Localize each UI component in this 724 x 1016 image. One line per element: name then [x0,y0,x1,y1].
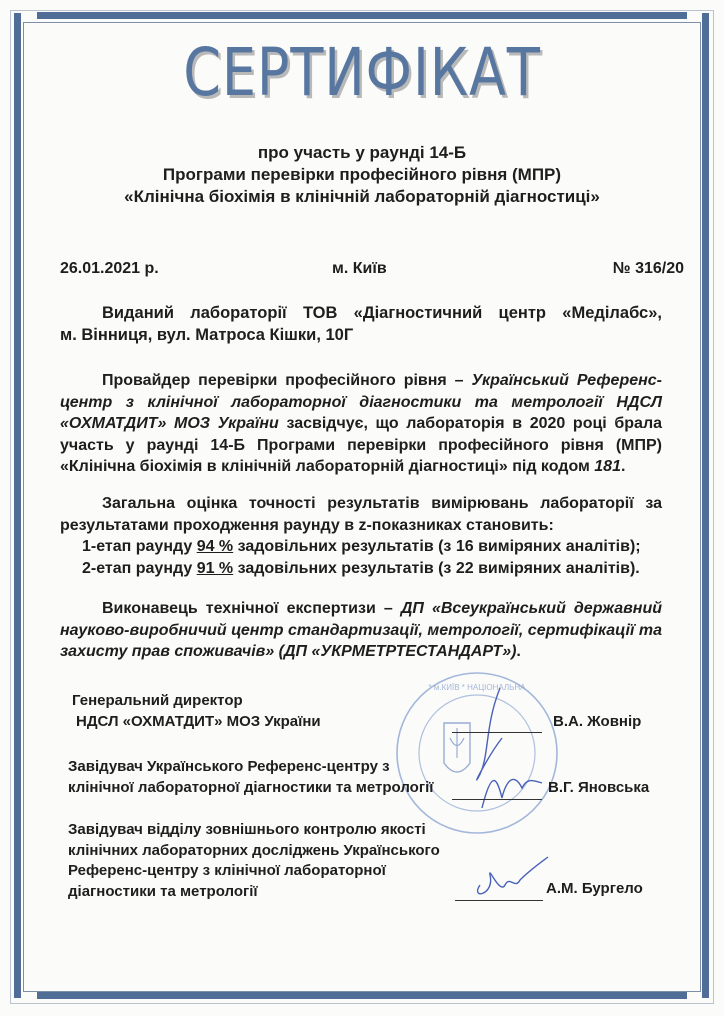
signatory-title-line: клінічної лабораторної діагностики та ме… [68,778,433,799]
provider-paragraph: Провайдер перевірки професійного рівня –… [60,370,662,478]
certificate-title: СЕРТИФІКАТ [65,40,659,106]
issued-to-paragraph: Виданий лабораторії ТОВ «Діагностичний ц… [60,303,662,346]
stage-detail: задовільних результатів (з 16 виміряних … [233,538,640,555]
certificate-meta: 26.01.2021 р. м. Київ № 316/20 [60,260,684,282]
provider-lead: Провайдер перевірки професійного рівня – [102,372,472,389]
signatory-title-line: НДСЛ «ОХМАТДИТ» МОЗ України [72,712,321,733]
stage-percent: 91 % [197,560,233,577]
stage-label: 1-етап раунду [82,538,197,555]
stage-result: 1-етап раунду 94 % задовільних результат… [60,536,662,558]
signatory-title-line: Завідувач Українського Референс-центру з [68,757,433,778]
signatory-title-line: діагностики та метрології [68,882,440,903]
signature-icon [470,855,550,905]
assessment-paragraph: Загальна оцінка точності результатів вим… [60,493,662,579]
stage-result: 2-етап раунду 91 % задовільних результат… [60,558,662,580]
certificate-number: № 316/20 [613,260,684,278]
signatory-title-line: Завідувач відділу зовнішнього контролю я… [68,820,440,841]
expertise-paragraph: Виконавець технічної експертизи – ДП «Вс… [60,598,662,663]
signatory-title-line: Референс-центру з клінічної лабораторної [68,861,440,882]
subtitle-line: Програми перевірки професійного рівня (М… [0,164,724,186]
signatory-title: Завідувач відділу зовнішнього контролю я… [68,820,440,902]
frame-bar-bottom [37,992,687,999]
stage-label: 2-етап раунду [82,560,197,577]
stage-percent: 94 % [197,538,233,555]
signatory-title: Генеральний директор НДСЛ «ОХМАТДИТ» МОЗ… [72,691,321,732]
svg-text:* м.КИЇВ * НАЦІОНАЛЬНА: * м.КИЇВ * НАЦІОНАЛЬНА [429,683,527,692]
official-seal-icon: * м.КИЇВ * НАЦІОНАЛЬНА [392,668,562,838]
expertise-lead: Виконавець технічної експертизи – [102,600,401,617]
stage-detail: задовільних результатів (з 22 виміряних … [233,560,640,577]
signature-line [452,732,542,733]
provider-end: . [621,458,625,475]
assessment-intro-text: Загальна оцінка точності результатів вим… [60,495,662,534]
signatory-title-line: клінічних лабораторних досліджень Україн… [68,841,440,862]
signature-line [455,900,543,901]
signatory-title-line: Генеральний директор [72,691,321,712]
subtitle-line: про участь у раунді 14-Б [0,142,724,164]
issued-line-2: м. Вінниця, вул. Матроса Кішки, 10Г [60,325,662,347]
program-code: 181 [594,458,621,475]
assessment-intro: Загальна оцінка точності результатів вим… [60,493,662,536]
signatory-name: А.М. Бургело [546,880,643,897]
signatory-title: Завідувач Українського Референс-центру з… [68,757,433,798]
frame-bar-top [37,12,687,19]
issued-line-1: Виданий лабораторії ТОВ «Діагностичний ц… [60,303,662,325]
subtitle-line: «Клінічна біохімія в клінічній лаборатор… [0,186,724,208]
signatory-name: В.Г. Яновська [548,779,649,796]
issue-date: 26.01.2021 р. [60,260,159,278]
issue-city: м. Київ [332,260,387,278]
expertise-end: . [516,643,520,660]
signature-line [452,799,542,800]
certificate-subtitle: про участь у раунді 14-Б Програми переві… [0,142,724,208]
signatory-name: В.А. Жовнір [553,713,641,730]
